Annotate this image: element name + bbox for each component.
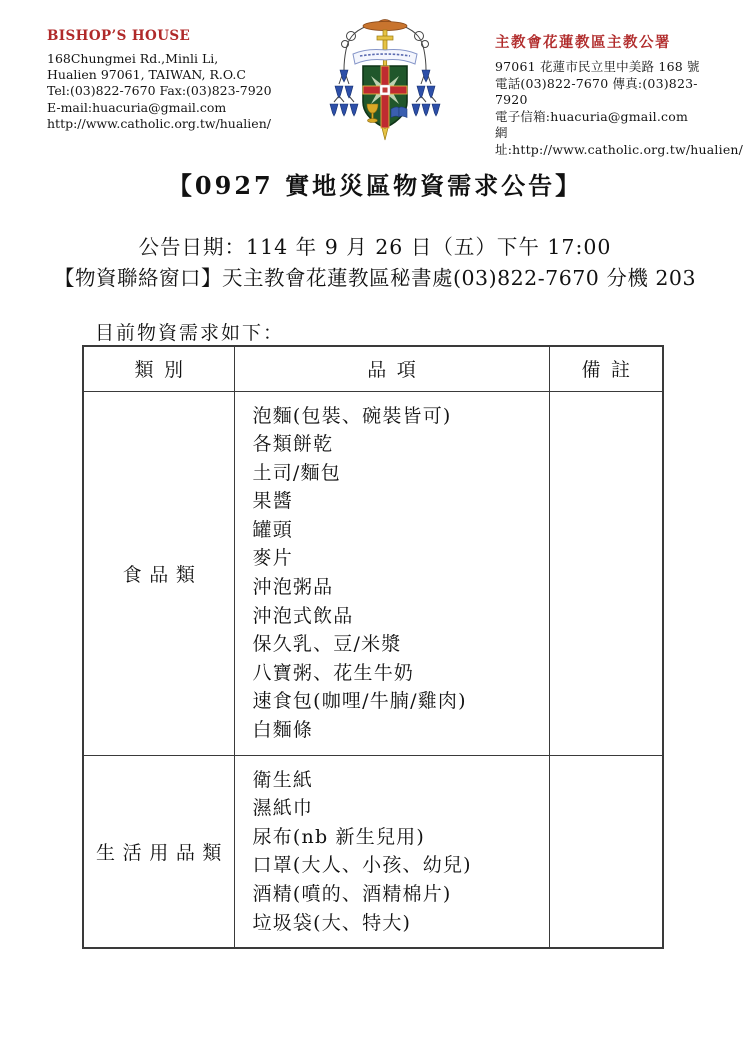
supply-item: 垃圾袋(大、特大): [253, 909, 543, 938]
supply-item: 酒精(噴的、酒精棉片): [253, 880, 543, 909]
address-line: Hualien 97061, TAIWAN, R.O.C: [47, 67, 307, 83]
supply-item: 各類餅乾: [253, 430, 543, 459]
email-line-cn: 電子信箱:huacuria@gmail.com: [495, 109, 725, 126]
supply-item: 沖泡粥品: [253, 573, 543, 602]
address-line: 168Chungmei Rd.,Minli Li,: [47, 51, 307, 67]
supply-contact-line: 【物資聯絡窗口】天主教會花蓮教區秘書處(03)822-7670 分機 203: [0, 261, 750, 291]
notes-cell-daily-goods: [549, 755, 663, 948]
email-line: E-mail:huacuria@gmail.com: [47, 100, 307, 116]
supply-item: 沖泡式飲品: [253, 602, 543, 631]
supply-item: 白麵條: [253, 716, 543, 745]
diocese-office-title: 主教會花蓮教區主教公署: [495, 31, 725, 52]
phone-fax-line: Tel:(03)822-7670 Fax:(03)823-7920: [47, 83, 307, 99]
column-header-category: 類別: [83, 346, 234, 391]
table-row-daily-goods: 生活用品類 衛生紙 濕紙巾 尿布(nb 新生兒用) 口罩(大人、小孩、幼兒) 酒…: [83, 755, 663, 948]
category-cell-daily-goods: 生活用品類: [83, 755, 234, 948]
supply-item: 濕紙巾: [253, 794, 543, 823]
supply-item: 八寶粥、花生牛奶: [253, 659, 543, 688]
supply-item: 果醬: [253, 487, 543, 516]
table-row-food: 食品類 泡麵(包裝、碗裝皆可) 各類餅乾 土司/麵包 果醬 罐頭 麥片 沖泡粥品…: [83, 391, 663, 755]
website-line: http://www.catholic.org.tw/hualien/: [47, 116, 307, 132]
supply-item: 保久乳、豆/米漿: [253, 630, 543, 659]
diocese-crest-icon: [322, 14, 448, 146]
supply-item: 口罩(大人、小孩、幼兒): [253, 851, 543, 880]
announcement-document: BISHOP’S HOUSE 168Chungmei Rd.,Minli Li,…: [0, 0, 750, 1039]
phone-fax-line-cn: 電話(03)822-7670 傳真:(03)823-7920: [495, 76, 725, 109]
announcement-date-line: 公告日期：114 年 9 月 26 日（五）下午 17:00: [0, 230, 750, 260]
book-icon: [391, 107, 407, 118]
supply-item: 泡麵(包裝、碗裝皆可): [253, 402, 543, 431]
supply-item: 衛生紙: [253, 766, 543, 795]
bishops-house-title: BISHOP’S HOUSE: [47, 28, 307, 44]
column-header-items: 品項: [234, 346, 549, 391]
items-cell-daily-goods: 衛生紙 濕紙巾 尿布(nb 新生兒用) 口罩(大人、小孩、幼兒) 酒精(噴的、酒…: [234, 755, 549, 948]
letterhead-left: BISHOP’S HOUSE 168Chungmei Rd.,Minli Li,…: [47, 28, 307, 132]
letterhead-right: 主教會花蓮教區主教公署 97061 花蓮市民立里中美路 168 號 電話(03)…: [495, 31, 725, 159]
items-cell-food: 泡麵(包裝、碗裝皆可) 各類餅乾 土司/麵包 果醬 罐頭 麥片 沖泡粥品 沖泡式…: [234, 391, 549, 755]
website-line-cn: 網址:http://www.catholic.org.tw/hualien/: [495, 125, 725, 158]
category-cell-food: 食品類: [83, 391, 234, 755]
table-intro-text: 目前物資需求如下：: [95, 318, 284, 345]
column-header-notes: 備註: [549, 346, 663, 391]
supply-item: 麥片: [253, 544, 543, 573]
galero-hat: [363, 20, 407, 31]
supply-item: 尿布(nb 新生兒用): [253, 823, 543, 852]
notes-cell-food: [549, 391, 663, 755]
address-line-cn: 97061 花蓮市民立里中美路 168 號: [495, 59, 725, 76]
supply-item: 速食包(咖哩/牛腩/雞肉): [253, 687, 543, 716]
supplies-table: 類別 品項 備註 食品類 泡麵(包裝、碗裝皆可) 各類餅乾 土司/麵包 果醬 罐…: [82, 345, 664, 949]
page-title: 【0927 實地災區物資需求公告】: [0, 166, 750, 201]
supply-item: 土司/麵包: [253, 459, 543, 488]
table-header-row: 類別 品項 備註: [83, 346, 663, 391]
supply-item: 罐頭: [253, 516, 543, 545]
